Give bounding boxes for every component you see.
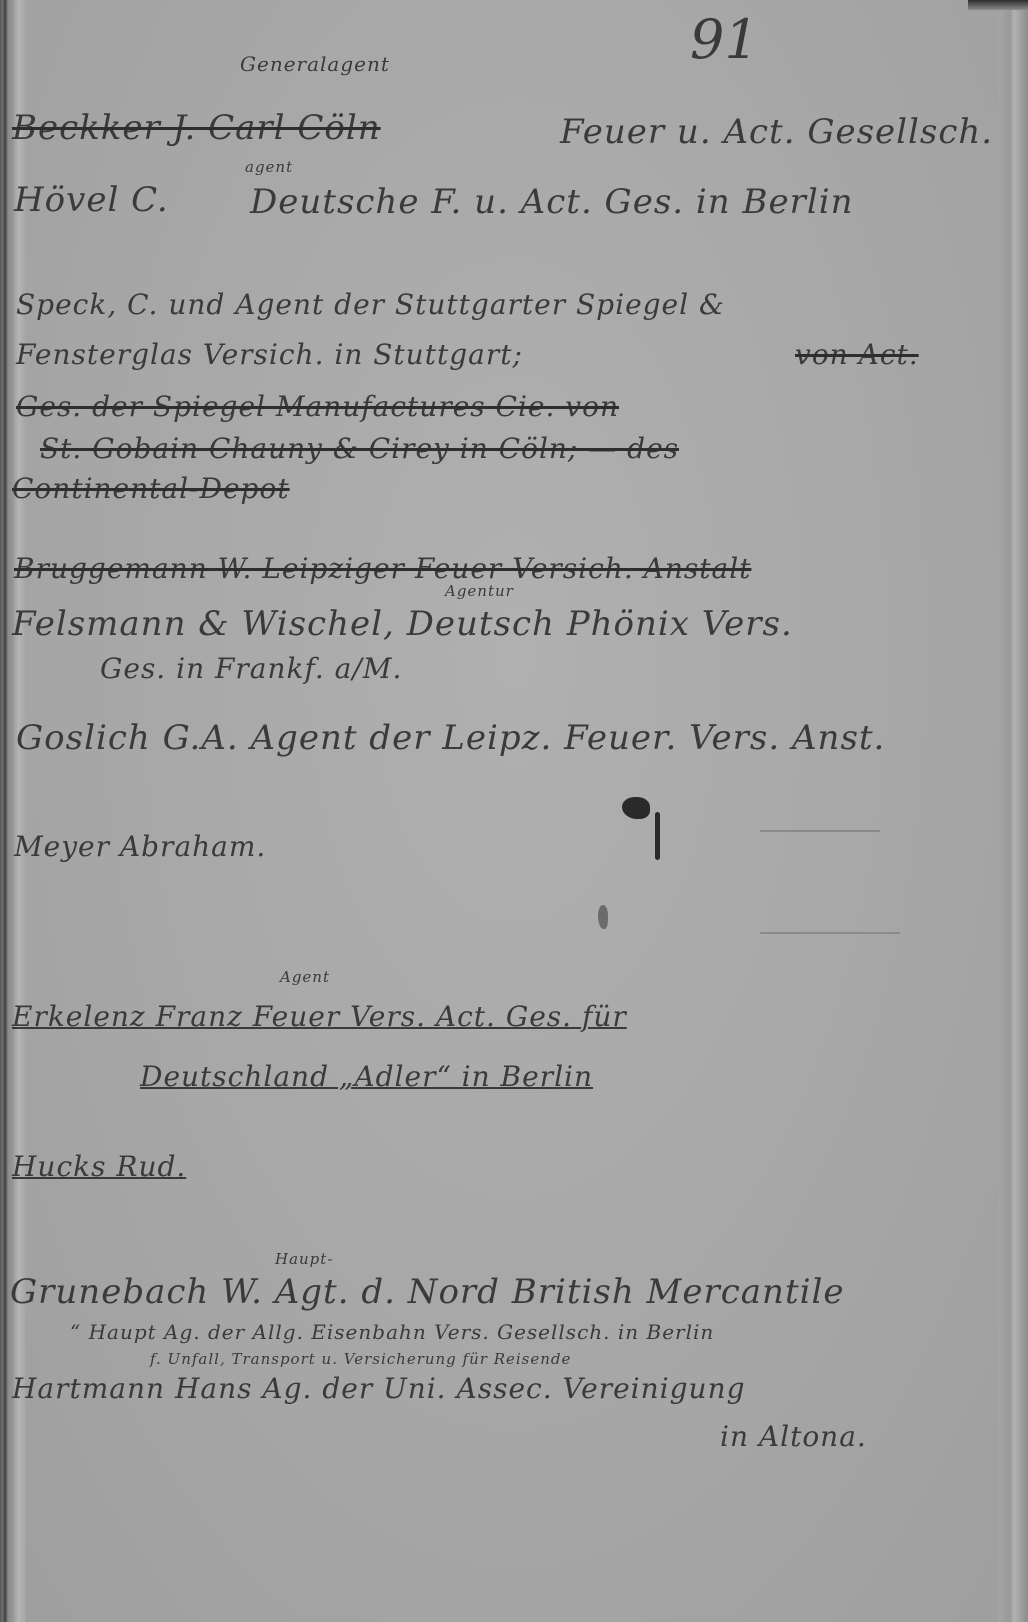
entry-beckker-detail: Feuer u. Act. Gesellsch. xyxy=(560,112,993,152)
insertion-agent-2: Agent xyxy=(280,968,330,986)
page-edge xyxy=(998,0,1028,1622)
entry-felsmann-line-1: Felsmann & Wischel, Deutsch Phönix Vers. xyxy=(12,604,793,644)
entry-hucks: Hucks Rud. xyxy=(12,1150,186,1183)
entry-hartmann-line-2: in Altona. xyxy=(720,1420,867,1453)
pencil-mark xyxy=(760,932,900,934)
entry-hovel-name: Hövel C. xyxy=(14,180,169,220)
insertion-haupt: Haupt- xyxy=(275,1250,333,1268)
entry-grunebach-line-2: “ Haupt Ag. der Allg. Eisenbahn Vers. Ge… xyxy=(70,1320,714,1344)
insertion-agent: agent xyxy=(245,158,293,176)
ink-blot xyxy=(622,797,650,819)
ink-smudge xyxy=(598,905,608,929)
entry-meyer: Meyer Abraham. xyxy=(14,830,266,863)
entry-speck-line-4: St. Gobain Chauny & Cirey in Cöln; — des xyxy=(40,432,679,465)
entry-goslich: Goslich G.A. Agent der Leipz. Feuer. Ver… xyxy=(16,718,885,758)
entry-speck-line-2-struck: von Act. xyxy=(795,338,919,371)
entry-grunebach-line-3: f. Unfall, Transport u. Versicherung für… xyxy=(150,1350,571,1368)
entry-speck-line-2: Fensterglas Versich. in Stuttgart; xyxy=(16,338,523,371)
corner-shadow xyxy=(968,0,1028,10)
entry-speck-line-5: Continental-Depot xyxy=(12,472,290,505)
entry-felsmann-line-2: Ges. in Frankf. a/M. xyxy=(100,652,402,685)
entry-erkelenz-line-1: Erkelenz Franz Feuer Vers. Act. Ges. für xyxy=(12,1000,627,1033)
ink-drip xyxy=(655,812,660,860)
entry-hovel-detail: Deutsche F. u. Act. Ges. in Berlin xyxy=(250,182,853,222)
insertion-agentur: Agentur xyxy=(445,582,514,600)
entry-erkelenz-line-2: Deutschland „Adler“ in Berlin xyxy=(140,1060,593,1093)
entry-speck-line-1: Speck, C. und Agent der Stuttgarter Spie… xyxy=(16,288,725,321)
page-number: 91 xyxy=(690,8,759,71)
entry-beckker-name: Beckker J. Carl Cöln xyxy=(12,108,381,148)
entry-speck-line-3: Ges. der Spiegel Manufactures Cie. von xyxy=(16,390,619,423)
entry-bruggemann: Bruggemann W. Leipziger Feuer Versich. A… xyxy=(14,552,751,585)
insertion-generalagent: Generalagent xyxy=(240,52,390,76)
pencil-mark xyxy=(760,830,880,832)
entry-hartmann-line-1: Hartmann Hans Ag. der Uni. Assec. Verein… xyxy=(12,1372,746,1405)
entry-grunebach-line-1: Grunebach W. Agt. d. Nord British Mercan… xyxy=(10,1272,844,1312)
ledger-page: 91 Generalagent Beckker J. Carl Cöln Feu… xyxy=(0,0,1028,1622)
